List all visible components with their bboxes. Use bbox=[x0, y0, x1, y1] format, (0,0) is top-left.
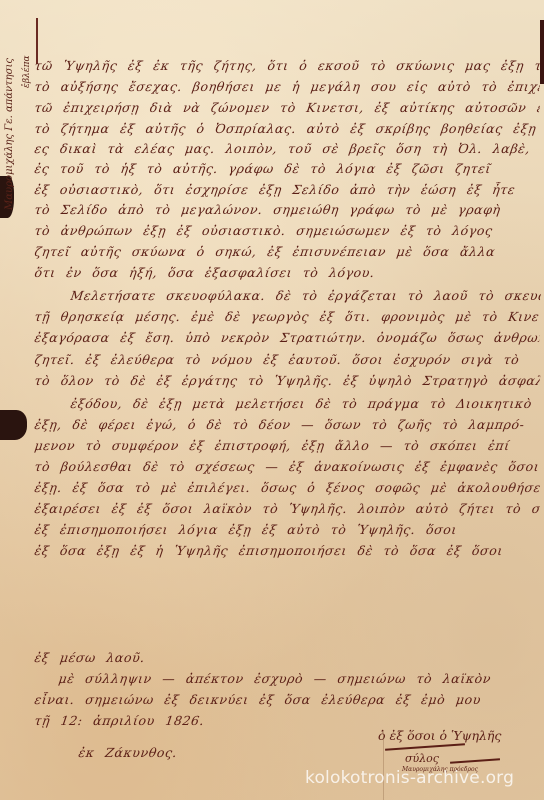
page-edge-right bbox=[540, 20, 544, 84]
watermark: kolokotronis-archive.org bbox=[305, 768, 514, 788]
handwritten-line: ἐξ ὅσα ἐξῃ ἐξ ἡ Ὑψηλῆς ἐπισημοποιήσει δὲ… bbox=[32, 543, 540, 567]
signature: ὁ ἐξ ὅσοι ὁ Ὑψηλῆς bbox=[378, 728, 501, 743]
handwritten-line: ἐξαγόρασα ἐξ ἔση. ὑπὸ νεκρὸν Στρατιώτην.… bbox=[32, 330, 540, 354]
margin-note: Μαυρομιχάλης Γε. απάντησις bbox=[4, 30, 18, 210]
handwritten-line: ὅτι ἐν ὅσα ἡξή, ὅσα ἐξασφαλίσει τὸ λόγου… bbox=[32, 265, 540, 289]
paper-fold bbox=[383, 730, 384, 800]
ink-stain-lower bbox=[0, 410, 27, 440]
handwritten-line: τὸ ὅλον τὸ δὲ ἐξ ἐργάτης τὸ Ὑψηλῆς. ἐξ ὑ… bbox=[32, 373, 540, 397]
signature-sub: σύλος bbox=[405, 752, 439, 765]
